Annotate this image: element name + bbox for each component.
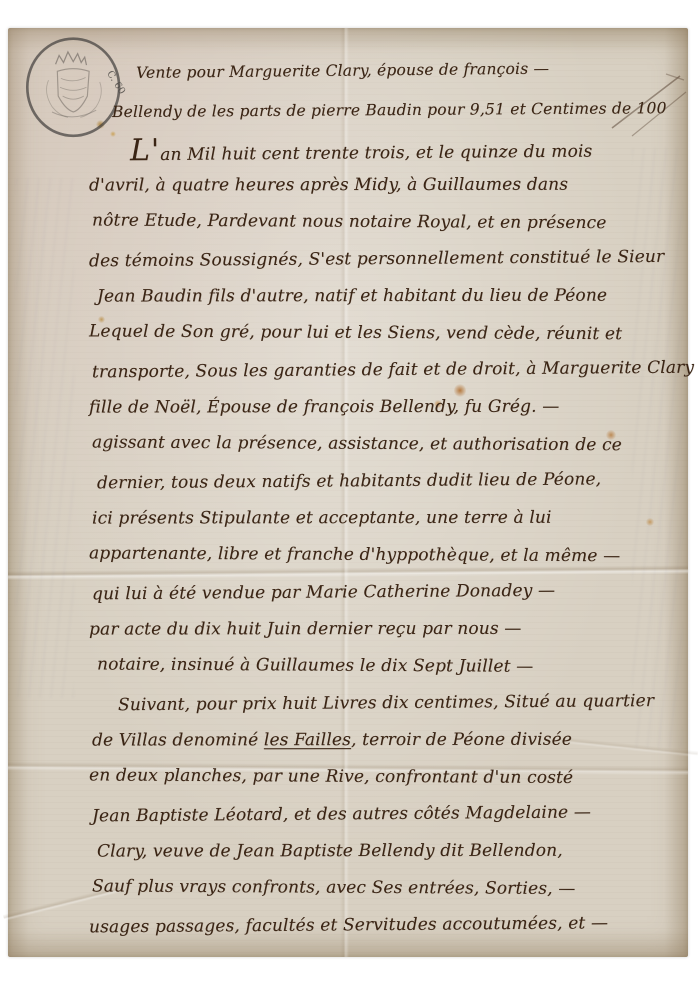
manuscript-line: Suivant, pour prix huit Livres dix centi… <box>118 683 688 724</box>
underlined-fragment: les Failles <box>264 730 351 750</box>
manuscript-line: Jean Baptiste Léotard, et des autres côt… <box>92 794 688 836</box>
manuscript-body: L'an Mil huit cent trente trois, et le q… <box>92 130 688 944</box>
manuscript-line: par acte du dix huit Juin dernier reçu p… <box>89 610 688 648</box>
manuscript-line: usages passages, facultés et Servitudes … <box>89 905 688 947</box>
manuscript-line: ici présents Stipulante et acceptante, u… <box>92 499 688 537</box>
manuscript-line: notaire, insinué à Guillaumes le dix Sep… <box>97 646 688 686</box>
document-page: C. 60 Vente pour Marguerite Clary, épous… <box>8 28 688 957</box>
manuscript-line: dernier, tous deux natifs et habitants d… <box>97 461 688 503</box>
manuscript-line: agissant avec la présence, assistance, e… <box>92 424 688 464</box>
manuscript-heading: Vente pour Marguerite Clary, épouse de f… <box>136 50 688 130</box>
manuscript-line: Jean Baudin fils d'autre, natif et habit… <box>97 277 688 315</box>
manuscript-line: Lequel de Son gré, pour lui et les Siens… <box>89 313 688 353</box>
manuscript-line: L'an Mil huit cent trente trois, et le q… <box>130 128 688 169</box>
manuscript-line: appartenante, libre et franche d'hyppoth… <box>89 535 688 575</box>
manuscript-line: d'avril, à quatre heures après Midy, à G… <box>89 166 688 204</box>
manuscript-line: fille de Noël, Épouse de françois Bellen… <box>89 388 688 426</box>
heading-line: Bellendy de les parts de pierre Baudin p… <box>112 88 688 132</box>
manuscript-line: Clary, veuve de Jean Baptiste Bellendy d… <box>97 832 688 870</box>
manuscript-line: nôtre Etude, Pardevant nous notaire Roya… <box>92 202 688 242</box>
manuscript-line: de Villas denominé les Failles, terroir … <box>92 721 688 759</box>
scan-background: C. 60 Vente pour Marguerite Clary, épous… <box>0 0 700 990</box>
manuscript-line: des témoins Soussignés, S'est personnell… <box>89 239 688 281</box>
manuscript-line: qui lui à été vendue par Marie Catherine… <box>92 572 688 614</box>
line-fragment: de Villas denominé <box>92 730 264 750</box>
manuscript-line: en deux planches, par une Rive, confront… <box>89 757 688 797</box>
manuscript: Vente pour Marguerite Clary, épouse de f… <box>8 28 688 957</box>
manuscript-line: Sauf plus vrays confronts, avec Ses entr… <box>92 868 688 908</box>
heading-line: Vente pour Marguerite Clary, épouse de f… <box>136 47 688 93</box>
line-fragment: , terroir de Péone divisée <box>351 730 572 750</box>
manuscript-line: transporte, Sous les garanties de fait e… <box>92 350 688 392</box>
